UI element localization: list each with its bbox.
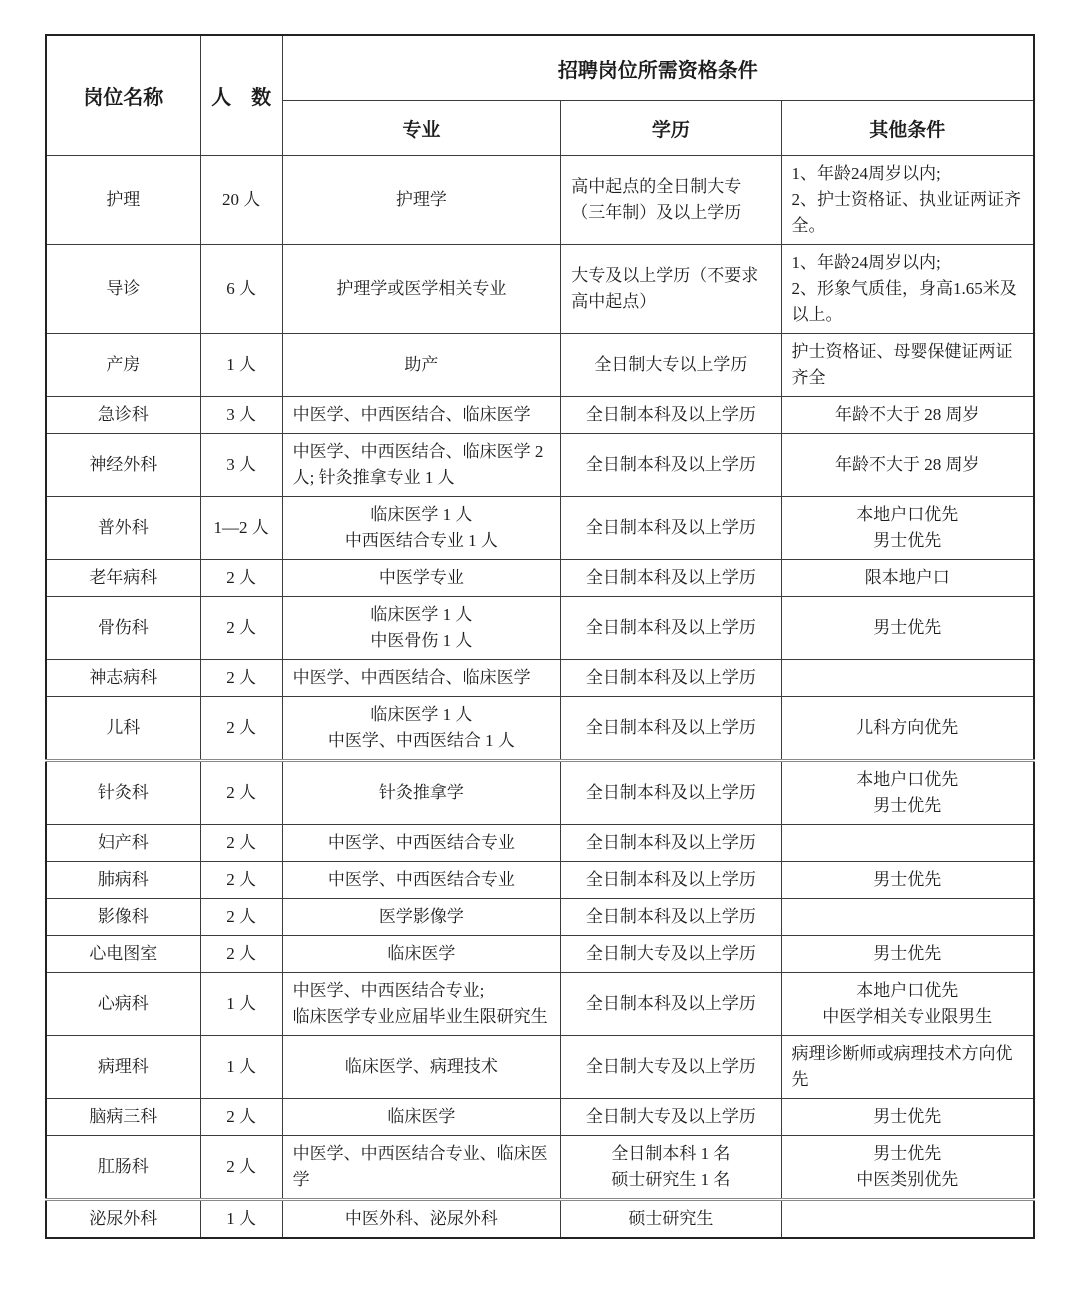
- major-cell: 临床医学: [282, 1099, 561, 1136]
- count-cell: 1 人: [200, 1036, 282, 1099]
- other-conditions-cell: 病理诊断师或病理技术方向优先: [781, 1036, 1034, 1099]
- education-cell: 高中起点的全日制大专（三年制）及以上学历: [561, 156, 781, 245]
- education-cell: 全日制本科及以上学历: [561, 899, 781, 936]
- education-cell: 全日制本科及以上学历: [561, 560, 781, 597]
- count-cell: 2 人: [200, 899, 282, 936]
- major-cell: 中医外科、泌尿外科: [282, 1200, 561, 1239]
- other-conditions-cell: 儿科方向优先: [781, 697, 1034, 761]
- header-major: 专业: [282, 101, 561, 156]
- position-cell: 急诊科: [46, 397, 200, 434]
- table-row: 针灸科2 人针灸推拿学全日制本科及以上学历本地户口优先 男士优先: [46, 761, 1034, 825]
- major-cell: 临床医学 1 人 中西医结合专业 1 人: [282, 497, 561, 560]
- major-cell: 护理学: [282, 156, 561, 245]
- education-cell: 全日制本科及以上学历: [561, 973, 781, 1036]
- other-conditions-cell: 本地户口优先 男士优先: [781, 761, 1034, 825]
- education-cell: 全日制本科及以上学历: [561, 761, 781, 825]
- count-cell: 2 人: [200, 597, 282, 660]
- other-conditions-cell: 男士优先: [781, 597, 1034, 660]
- header-education: 学历: [561, 101, 781, 156]
- other-conditions-cell: 本地户口优先 男士优先: [781, 497, 1034, 560]
- education-cell: 硕士研究生: [561, 1200, 781, 1239]
- major-cell: 助产: [282, 334, 561, 397]
- education-cell: 全日制大专以上学历: [561, 334, 781, 397]
- count-cell: 2 人: [200, 761, 282, 825]
- position-cell: 针灸科: [46, 761, 200, 825]
- education-cell: 全日制本科 1 名 硕士研究生 1 名: [561, 1136, 781, 1200]
- count-cell: 2 人: [200, 660, 282, 697]
- table-row: 脑病三科2 人临床医学全日制大专及以上学历男士优先: [46, 1099, 1034, 1136]
- position-cell: 肛肠科: [46, 1136, 200, 1200]
- table-row: 神志病科2 人中医学、中西医结合、临床医学全日制本科及以上学历: [46, 660, 1034, 697]
- other-conditions-cell: 本地户口优先 中医学相关专业限男生: [781, 973, 1034, 1036]
- position-cell: 导诊: [46, 245, 200, 334]
- education-cell: 全日制本科及以上学历: [561, 862, 781, 899]
- major-cell: 中医学、中西医结合专业、临床医学: [282, 1136, 561, 1200]
- other-conditions-cell: 护士资格证、母婴保健证两证齐全: [781, 334, 1034, 397]
- header-position-name: 岗位名称: [46, 35, 200, 156]
- count-cell: 2 人: [200, 1136, 282, 1200]
- education-cell: 大专及以上学历（不要求高中起点）: [561, 245, 781, 334]
- position-cell: 泌尿外科: [46, 1200, 200, 1239]
- table-header: 岗位名称 人 数 招聘岗位所需资格条件 专业 学历 其他条件: [46, 35, 1034, 156]
- count-cell: 2 人: [200, 825, 282, 862]
- table-row: 普外科1—2 人临床医学 1 人 中西医结合专业 1 人全日制本科及以上学历本地…: [46, 497, 1034, 560]
- other-conditions-cell: [781, 1200, 1034, 1239]
- education-cell: 全日制本科及以上学历: [561, 697, 781, 761]
- education-cell: 全日制本科及以上学历: [561, 497, 781, 560]
- position-cell: 病理科: [46, 1036, 200, 1099]
- table-row: 神经外科3 人中医学、中西医结合、临床医学 2 人; 针灸推拿专业 1 人全日制…: [46, 434, 1034, 497]
- position-cell: 脑病三科: [46, 1099, 200, 1136]
- count-cell: 2 人: [200, 1099, 282, 1136]
- table-row: 儿科2 人临床医学 1 人 中医学、中西医结合 1 人全日制本科及以上学历儿科方…: [46, 697, 1034, 761]
- other-conditions-cell: 限本地户口: [781, 560, 1034, 597]
- header-headcount: 人 数: [200, 35, 282, 156]
- count-cell: 1—2 人: [200, 497, 282, 560]
- table-row: 老年病科2 人中医学专业全日制本科及以上学历限本地户口: [46, 560, 1034, 597]
- position-cell: 老年病科: [46, 560, 200, 597]
- position-cell: 心病科: [46, 973, 200, 1036]
- document-page: 岗位名称 人 数 招聘岗位所需资格条件 专业 学历 其他条件 护理20 人护理学…: [0, 0, 1080, 1298]
- position-cell: 产房: [46, 334, 200, 397]
- table-body: 护理20 人护理学高中起点的全日制大专（三年制）及以上学历1、年龄24周岁以内;…: [46, 156, 1034, 1239]
- count-cell: 1 人: [200, 334, 282, 397]
- count-cell: 1 人: [200, 1200, 282, 1239]
- table-row: 肺病科2 人中医学、中西医结合专业全日制本科及以上学历男士优先: [46, 862, 1034, 899]
- education-cell: 全日制本科及以上学历: [561, 825, 781, 862]
- position-cell: 妇产科: [46, 825, 200, 862]
- major-cell: 临床医学 1 人 中医学、中西医结合 1 人: [282, 697, 561, 761]
- recruitment-table: 岗位名称 人 数 招聘岗位所需资格条件 专业 学历 其他条件 护理20 人护理学…: [45, 34, 1035, 1239]
- major-cell: 护理学或医学相关专业: [282, 245, 561, 334]
- major-cell: 中医学、中西医结合、临床医学 2 人; 针灸推拿专业 1 人: [282, 434, 561, 497]
- count-cell: 6 人: [200, 245, 282, 334]
- count-cell: 20 人: [200, 156, 282, 245]
- major-cell: 临床医学 1 人 中医骨伤 1 人: [282, 597, 561, 660]
- other-conditions-cell: 男士优先 中医类别优先: [781, 1136, 1034, 1200]
- other-conditions-cell: 男士优先: [781, 936, 1034, 973]
- other-conditions-cell: [781, 899, 1034, 936]
- count-cell: 2 人: [200, 936, 282, 973]
- education-cell: 全日制本科及以上学历: [561, 597, 781, 660]
- table-row: 心电图室2 人临床医学全日制大专及以上学历男士优先: [46, 936, 1034, 973]
- position-cell: 心电图室: [46, 936, 200, 973]
- header-qualification-group: 招聘岗位所需资格条件: [282, 35, 1034, 101]
- major-cell: 针灸推拿学: [282, 761, 561, 825]
- position-cell: 普外科: [46, 497, 200, 560]
- other-conditions-cell: 男士优先: [781, 862, 1034, 899]
- header-other-conditions: 其他条件: [781, 101, 1034, 156]
- other-conditions-cell: [781, 825, 1034, 862]
- major-cell: 临床医学: [282, 936, 561, 973]
- education-cell: 全日制本科及以上学历: [561, 397, 781, 434]
- table-row: 导诊6 人护理学或医学相关专业大专及以上学历（不要求高中起点）1、年龄24周岁以…: [46, 245, 1034, 334]
- other-conditions-cell: 男士优先: [781, 1099, 1034, 1136]
- table-row: 妇产科2 人中医学、中西医结合专业全日制本科及以上学历: [46, 825, 1034, 862]
- other-conditions-cell: 年龄不大于 28 周岁: [781, 434, 1034, 497]
- major-cell: 中医学、中西医结合、临床医学: [282, 397, 561, 434]
- position-cell: 肺病科: [46, 862, 200, 899]
- position-cell: 骨伤科: [46, 597, 200, 660]
- education-cell: 全日制本科及以上学历: [561, 660, 781, 697]
- position-cell: 儿科: [46, 697, 200, 761]
- education-cell: 全日制本科及以上学历: [561, 434, 781, 497]
- major-cell: 中医学专业: [282, 560, 561, 597]
- major-cell: 中医学、中西医结合专业; 临床医学专业应届毕业生限研究生: [282, 973, 561, 1036]
- table-row: 肛肠科2 人中医学、中西医结合专业、临床医学全日制本科 1 名 硕士研究生 1 …: [46, 1136, 1034, 1200]
- table-row: 骨伤科2 人临床医学 1 人 中医骨伤 1 人全日制本科及以上学历男士优先: [46, 597, 1034, 660]
- major-cell: 中医学、中西医结合、临床医学: [282, 660, 561, 697]
- other-conditions-cell: 1、年龄24周岁以内; 2、形象气质佳，身高1.65米及以上。: [781, 245, 1034, 334]
- count-cell: 3 人: [200, 434, 282, 497]
- position-cell: 护理: [46, 156, 200, 245]
- table-row: 病理科1 人临床医学、病理技术全日制大专及以上学历病理诊断师或病理技术方向优先: [46, 1036, 1034, 1099]
- education-cell: 全日制大专及以上学历: [561, 1099, 781, 1136]
- position-cell: 神经外科: [46, 434, 200, 497]
- major-cell: 中医学、中西医结合专业: [282, 825, 561, 862]
- other-conditions-cell: 年龄不大于 28 周岁: [781, 397, 1034, 434]
- other-conditions-cell: 1、年龄24周岁以内; 2、护士资格证、执业证两证齐全。: [781, 156, 1034, 245]
- education-cell: 全日制大专及以上学历: [561, 1036, 781, 1099]
- position-cell: 神志病科: [46, 660, 200, 697]
- count-cell: 2 人: [200, 560, 282, 597]
- major-cell: 临床医学、病理技术: [282, 1036, 561, 1099]
- table-row: 产房1 人助产全日制大专以上学历护士资格证、母婴保健证两证齐全: [46, 334, 1034, 397]
- recruitment-table-container: 岗位名称 人 数 招聘岗位所需资格条件 专业 学历 其他条件 护理20 人护理学…: [45, 34, 1035, 1239]
- education-cell: 全日制大专及以上学历: [561, 936, 781, 973]
- count-cell: 2 人: [200, 697, 282, 761]
- other-conditions-cell: [781, 660, 1034, 697]
- count-cell: 1 人: [200, 973, 282, 1036]
- major-cell: 医学影像学: [282, 899, 561, 936]
- count-cell: 2 人: [200, 862, 282, 899]
- table-row: 护理20 人护理学高中起点的全日制大专（三年制）及以上学历1、年龄24周岁以内;…: [46, 156, 1034, 245]
- position-cell: 影像科: [46, 899, 200, 936]
- count-cell: 3 人: [200, 397, 282, 434]
- table-row: 心病科1 人中医学、中西医结合专业; 临床医学专业应届毕业生限研究生全日制本科及…: [46, 973, 1034, 1036]
- table-row: 急诊科3 人中医学、中西医结合、临床医学全日制本科及以上学历年龄不大于 28 周…: [46, 397, 1034, 434]
- table-row: 泌尿外科1 人中医外科、泌尿外科硕士研究生: [46, 1200, 1034, 1239]
- major-cell: 中医学、中西医结合专业: [282, 862, 561, 899]
- table-row: 影像科2 人医学影像学全日制本科及以上学历: [46, 899, 1034, 936]
